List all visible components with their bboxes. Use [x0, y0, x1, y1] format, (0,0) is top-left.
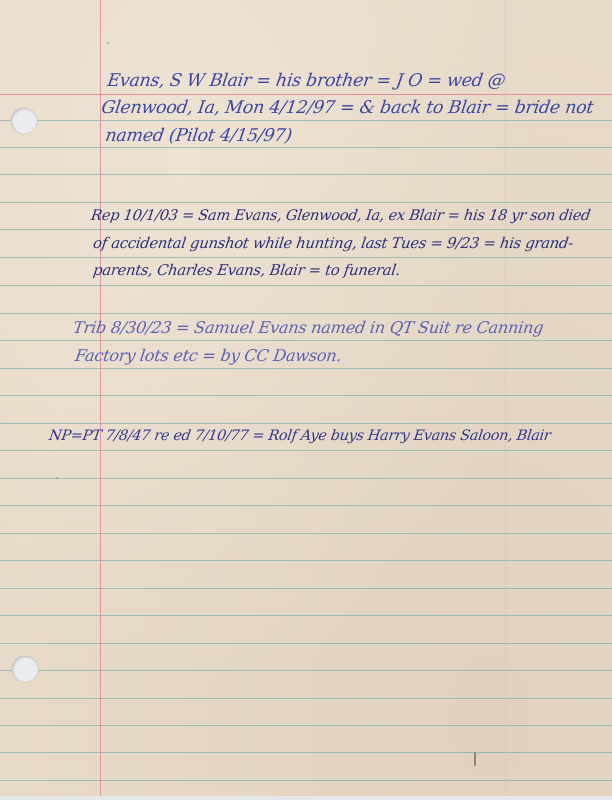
ruled-line: [0, 285, 612, 286]
ruled-line: [0, 698, 612, 699]
ruled-line: [0, 615, 612, 616]
page-bottom-edge: [0, 796, 612, 800]
ruled-line: [0, 147, 612, 148]
ruled-line: [0, 202, 612, 203]
handwritten-line: parents, Charles Evans, Blair = to funer…: [92, 262, 401, 279]
handwritten-line: Rep 10/1/03 = Sam Evans, Glenwood, Ia, e…: [90, 207, 591, 224]
hole-punch-top: [11, 108, 37, 134]
hole-punch-bottom: [12, 656, 38, 682]
paper-speck: [107, 42, 109, 44]
ruled-line: [0, 368, 612, 369]
ruled-line: [0, 670, 612, 671]
stray-pencil-mark: [474, 752, 476, 766]
ruled-line: [0, 505, 612, 506]
paper-speck: [56, 477, 58, 479]
ruled-line: [0, 395, 612, 396]
handwritten-line: Evans, S W Blair = his brother = J O = w…: [106, 71, 506, 91]
handwritten-line: named (Pilot 4/15/97): [104, 126, 293, 146]
handwritten-line: Glenwood, Ia, Mon 4/12/97 = & back to Bl…: [100, 98, 595, 118]
ruled-line: [0, 229, 612, 230]
notebook-page: Evans, S W Blair = his brother = J O = w…: [0, 0, 612, 796]
ruled-line: [0, 450, 612, 451]
ruled-line: [0, 643, 612, 644]
ruled-line: [0, 313, 612, 314]
ruled-line: [0, 478, 612, 479]
ruled-line: [0, 725, 612, 726]
handwritten-line: Trib 8/30/23 = Samuel Evans named in QT …: [72, 318, 545, 337]
ruled-line: [0, 780, 612, 781]
handwritten-line: Factory lots etc = by CC Dawson.: [74, 346, 343, 365]
ruled-line: [0, 423, 612, 424]
handwritten-line: NP=PT 7/8/47 re ed 7/10/77 = Rolf Aye bu…: [48, 428, 552, 444]
ruled-line: [0, 560, 612, 561]
ruled-line: [0, 533, 612, 534]
ruled-line: [0, 120, 612, 121]
ruled-line: [0, 257, 612, 258]
right-margin-line: [505, 0, 506, 796]
ruled-line: [0, 752, 612, 753]
ruled-line: [0, 340, 612, 341]
ruled-line: [0, 588, 612, 589]
header-red-rule: [0, 94, 612, 95]
left-margin-line: [100, 0, 101, 796]
ruled-line: [0, 174, 612, 175]
handwritten-line: of accidental gunshot while hunting, las…: [92, 235, 574, 252]
